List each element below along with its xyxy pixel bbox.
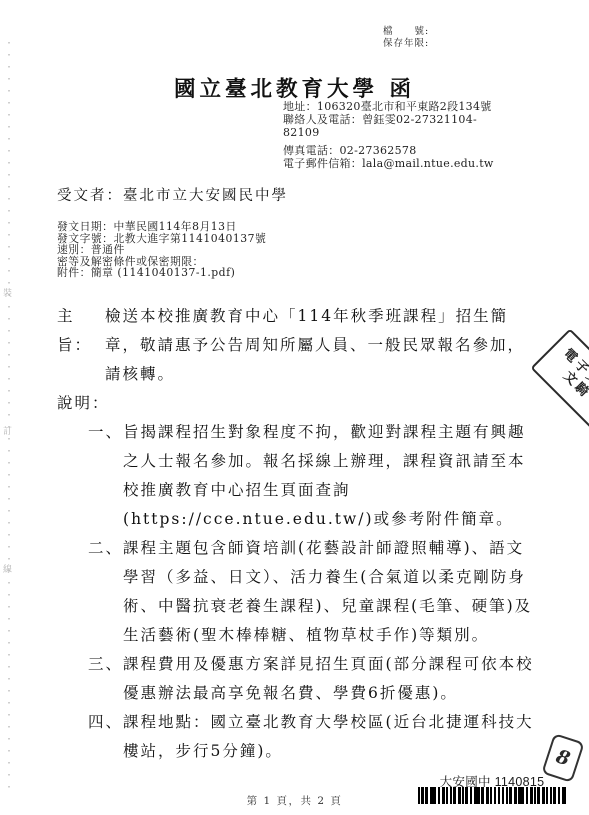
item-number: 一、 (88, 418, 123, 447)
description-label: 說明： (57, 389, 534, 418)
item-text: 課程主題包含師資培訓(花藝設計師證照輔導)、語文學習（多益、日文）、活力養生(合… (123, 534, 534, 650)
description-item-1: 一、 旨揭課程招生對象程度不拘，歡迎對課程主題有興趣之人士報名參加。報名採線上辦… (57, 418, 534, 534)
binding-mark-ding: 訂 (3, 424, 12, 437)
retention-period-label: 保存年限: (383, 38, 429, 50)
file-number-block: 檔 號: 保存年限: (383, 26, 429, 50)
description-item-3: 三、 課程費用及優惠方案詳見招生頁面(部分課程可依本校優惠辦法最高享免報名費、學… (57, 650, 534, 708)
subject-paragraph: 主旨： 檢送本校推廣教育中心「114年秋季班課程」招生簡章，敬請惠予公告周知所屬… (57, 302, 534, 389)
binding-mark-xian: 線 (3, 562, 12, 575)
recipient-line: 受文者：臺北市立大安國民中學 (57, 184, 288, 205)
binding-dotted-line (8, 42, 10, 794)
subject-text: 檢送本校推廣教育中心「114年秋季班課程」招生簡章，敬請惠予公告周知所屬人員、一… (105, 302, 534, 389)
sender-contact-line2: 82109 (283, 127, 563, 140)
file-no-label: 檔 號: (383, 26, 429, 38)
binding-mark-zhuang: 裝 (3, 286, 12, 299)
letter-body: 主旨： 檢送本校推廣教育中心「114年秋季班課程」招生簡章，敬請惠予公告周知所屬… (57, 302, 534, 766)
page-number: 第 1 頁，共 2 頁 (0, 793, 589, 808)
item-text: 課程費用及優惠方案詳見招生頁面(部分課程可依本校優惠辦法最高享免報名費、學費6折… (123, 650, 534, 708)
item-number: 四、 (88, 708, 123, 737)
document-meta-block: 發文日期：中華民國114年8月13日 發文字號：北教大進字第1141040137… (57, 221, 266, 279)
electronic-exchange-stamp-icon: 電子交換 文騎 (530, 328, 589, 431)
meta-issue-date: 發文日期：中華民國114年8月13日 (57, 221, 266, 233)
official-letter-page: 裝 訂 線 檔 號: 保存年限: 國立臺北教育大學 函 地址：106320臺北市… (0, 0, 589, 815)
sender-contact-line1: 聯絡人及電話：曾鈺雯02-27321104- (283, 114, 563, 127)
meta-attachment: 附件：簡章 (1141040137-1.pdf) (57, 267, 266, 279)
item-text: 課程地點：國立臺北教育大學校區(近台北捷運科技大樓站，步行5分鐘)。 (123, 708, 534, 766)
seal-mark-glyph: 8 (553, 745, 572, 770)
sender-address: 地址：106320臺北市和平東路2段134號 (283, 101, 563, 114)
item-number: 二、 (88, 534, 123, 563)
item-text: 旨揭課程招生對象程度不拘，歡迎對課程主題有興趣之人士報名參加。報名採線上辦理，課… (123, 418, 534, 534)
description-item-4: 四、 課程地點：國立臺北教育大學校區(近台北捷運科技大樓站，步行5分鐘)。 (57, 708, 534, 766)
subject-label: 主旨： (57, 302, 105, 360)
description-item-2: 二、 課程主題包含師資培訓(花藝設計師證照輔導)、語文學習（多益、日文）、活力養… (57, 534, 534, 650)
sender-email: 電子郵件信箱：lala@mail.ntue.edu.tw (283, 158, 563, 171)
document-title: 國立臺北教育大學 函 (0, 72, 589, 103)
sender-info-block: 地址：106320臺北市和平東路2段134號 聯絡人及電話：曾鈺雯02-2732… (283, 101, 563, 171)
item-number: 三、 (88, 650, 123, 679)
